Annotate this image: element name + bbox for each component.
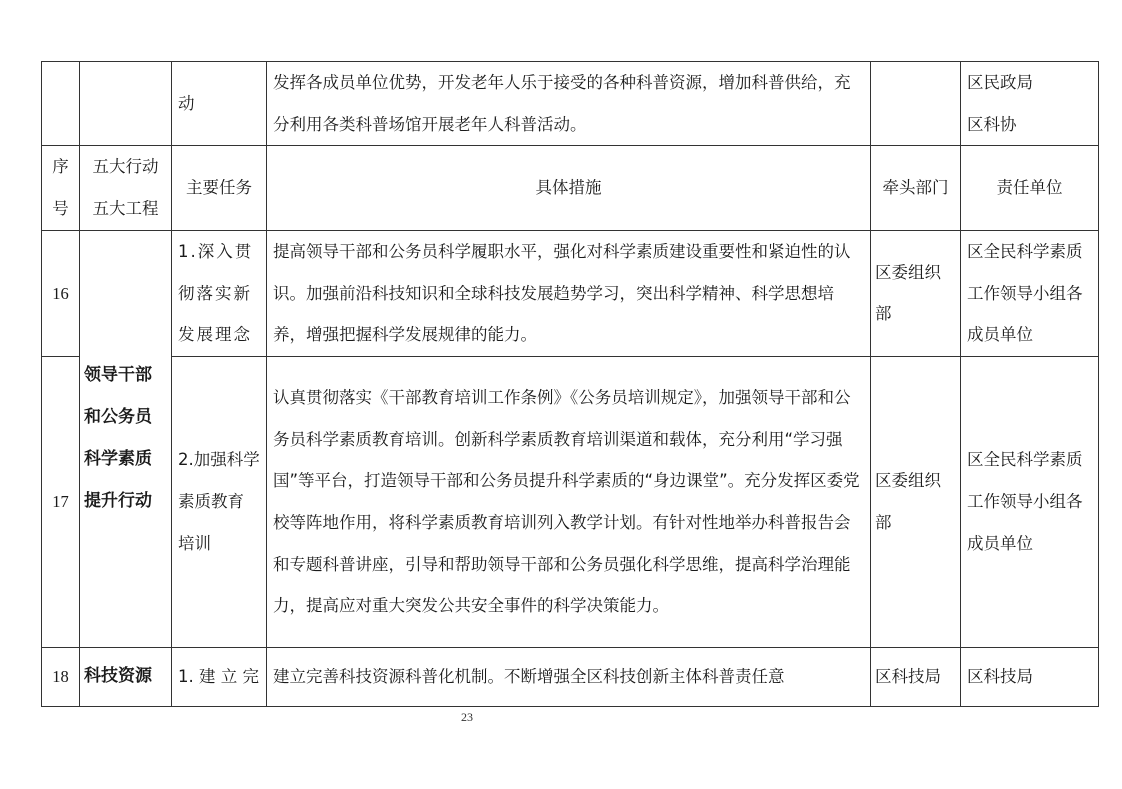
lead-cell: 区科技局 <box>871 647 961 706</box>
table-row: 16 领导干部和公务员科学素质提升行动 1.深入贯彻落实新发展理念 提高领导干部… <box>42 230 1099 356</box>
header-category-line-2: 五大工程 <box>84 188 167 230</box>
measures-table: 动 发挥各成员单位优势，开发老年人乐于接受的各种科普资源，增加科普供给，充分利用… <box>41 61 1099 707</box>
header-lead: 牵头部门 <box>871 146 961 230</box>
task-cell: 动 <box>172 62 267 146</box>
lead-cell <box>871 62 961 146</box>
header-seq-line-2: 号 <box>42 188 79 230</box>
measures-cell: 发挥各成员单位优势，开发老年人乐于接受的各种科普资源，增加科普供给，充分利用各类… <box>267 62 871 146</box>
measures-cell: 提高领导干部和公务员科学履职水平，强化对科学素质建设重要性和紧迫性的认识。加强前… <box>267 230 871 356</box>
seq-cell: 17 <box>42 356 80 647</box>
task-cell: 1.深入贯彻落实新发展理念 <box>172 230 267 356</box>
task-cell: 2.加强科学素质教育培训 <box>172 356 267 647</box>
seq-cell <box>42 62 80 146</box>
measures-cell: 认真贯彻落实《干部教育培训工作条例》《公务员培训规定》，加强领导干部和公务员科学… <box>267 356 871 647</box>
lead-cell: 区委组织部 <box>871 356 961 647</box>
category-cell: 领导干部和公务员科学素质提升行动 <box>80 230 172 647</box>
measures-cell: 建立完善科技资源科普化机制。不断增强全区科技创新主体科普责任意 <box>267 647 871 706</box>
lead-cell: 区委组织部 <box>871 230 961 356</box>
header-seq: 序 号 <box>42 146 80 230</box>
seq-cell: 18 <box>42 647 80 706</box>
table-header-row: 序 号 五大行动 五大工程 主要任务 具体措施 牵头部门 责任单位 <box>42 146 1099 230</box>
table-row-continued: 动 发挥各成员单位优势，开发老年人乐于接受的各种科普资源，增加科普供给，充分利用… <box>42 62 1099 146</box>
header-responsible: 责任单位 <box>961 146 1099 230</box>
responsible-line-2: 区科协 <box>967 104 1092 146</box>
category-cell <box>80 62 172 146</box>
header-seq-line-1: 序 <box>42 146 79 188</box>
header-task: 主要任务 <box>172 146 267 230</box>
table-row: 17 2.加强科学素质教育培训 认真贯彻落实《干部教育培训工作条例》《公务员培训… <box>42 356 1099 647</box>
header-category: 五大行动 五大工程 <box>80 146 172 230</box>
header-measures: 具体措施 <box>267 146 871 230</box>
responsible-cell: 区科技局 <box>961 647 1099 706</box>
table-row: 18 科技资源 1. 建 立 完 建立完善科技资源科普化机制。不断增强全区科技创… <box>42 647 1099 706</box>
seq-cell: 16 <box>42 230 80 356</box>
responsible-cell: 区全民科学素质工作领导小组各成员单位 <box>961 230 1099 356</box>
page-number: 23 <box>461 710 473 725</box>
task-cell: 1. 建 立 完 <box>172 647 267 706</box>
responsible-cell: 区全民科学素质工作领导小组各成员单位 <box>961 356 1099 647</box>
responsible-cell: 区民政局 区科协 <box>961 62 1099 146</box>
category-cell: 科技资源 <box>80 647 172 706</box>
header-category-line-1: 五大行动 <box>84 146 167 188</box>
responsible-line-1: 区民政局 <box>967 62 1092 104</box>
